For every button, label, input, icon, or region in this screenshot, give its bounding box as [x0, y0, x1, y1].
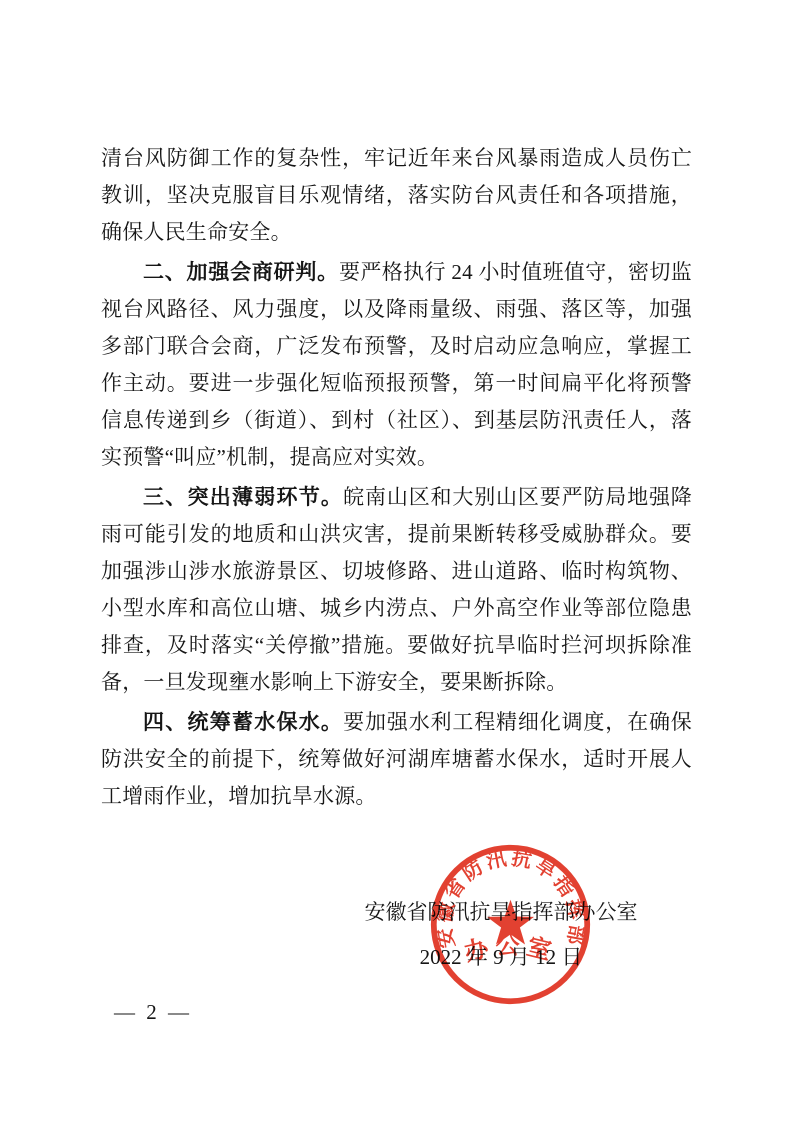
document-body: 清台风防御工作的复杂性，牢记近年来台风暴雨造成人员伤亡教训，坚决克服盲目乐观情绪…: [101, 140, 692, 818]
signature-block: 安徽省防汛抗旱指挥部办公室 2022 年 9 月 12 日: [351, 890, 651, 980]
paragraph-text: 要严格执行 24 小时值班值守，密切监视台风路径、风力强度，以及降雨量级、雨强、…: [101, 260, 692, 469]
paragraph-lead: 四、统筹蓄水保水。: [143, 711, 343, 734]
page-number: — 2 —: [114, 1000, 192, 1025]
paragraph-text: 清台风防御工作的复杂性，牢记近年来台风暴雨造成人员伤亡教训，坚决克服盲目乐观情绪…: [101, 146, 692, 244]
body-paragraph: 二、加强会商研判。要严格执行 24 小时值班值守，密切监视台风路径、风力强度，以…: [101, 254, 692, 476]
signature-date: 2022 年 9 月 12 日: [351, 935, 651, 980]
signature-org: 安徽省防汛抗旱指挥部办公室: [351, 890, 651, 935]
paragraph-text: 皖南山区和大别山区要严防局地强降雨可能引发的地质和山洪灾害，提前果断转移受威胁群…: [101, 485, 692, 694]
body-paragraph: 三、突出薄弱环节。皖南山区和大别山区要严防局地强降雨可能引发的地质和山洪灾害，提…: [101, 479, 692, 701]
document-page: 清台风防御工作的复杂性，牢记近年来台风暴雨造成人员伤亡教训，坚决克服盲目乐观情绪…: [0, 0, 793, 1122]
body-paragraph: 四、统筹蓄水保水。要加强水利工程精细化调度，在确保防洪安全的前提下，统筹做好河湖…: [101, 704, 692, 815]
paragraph-lead: 二、加强会商研判。: [143, 261, 339, 284]
body-paragraph: 清台风防御工作的复杂性，牢记近年来台风暴雨造成人员伤亡教训，坚决克服盲目乐观情绪…: [101, 140, 692, 251]
paragraph-lead: 三、突出薄弱环节。: [143, 486, 343, 509]
